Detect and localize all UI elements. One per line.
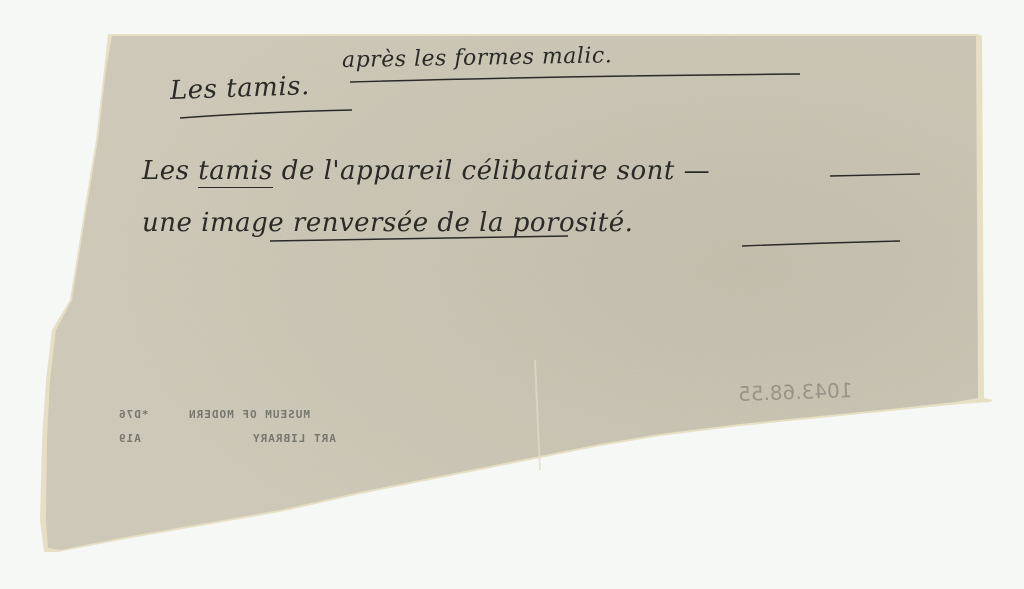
line1-underlined-word: tamis (198, 156, 273, 188)
handwritten-subtitle: après les formes malic. (342, 43, 613, 73)
handwritten-line-1: Les tamis de l'appareil célibataire sont… (142, 156, 710, 186)
line1-rest: de l'appareil célibataire sont — (282, 156, 710, 186)
line2-prefix: une (142, 208, 192, 238)
torn-paper-sheet (0, 0, 1024, 589)
document-view: après les formes malic. Les tamis. Les t… (0, 0, 1024, 589)
line2-middle: de la (437, 208, 504, 238)
paper-surface (46, 36, 978, 550)
handwritten-title: Les tamis. (169, 71, 310, 106)
line2-underlined-phrase: image renversée (201, 208, 428, 238)
library-stamp-line-2: ART LIBRARY (252, 432, 336, 445)
library-stamp-line-1: MUSEUM OF MODERN (188, 408, 310, 421)
pencil-accession-number: 1043.68.55 (738, 378, 853, 406)
library-stamp-code-1: *D76 (118, 408, 149, 421)
handwritten-line-2: une image renversée de la porosité. (142, 208, 633, 238)
line1-prefix: Les (142, 156, 190, 186)
library-stamp-code-2: A19 (118, 432, 141, 445)
line2-underlined-word: porosité. (513, 208, 634, 238)
